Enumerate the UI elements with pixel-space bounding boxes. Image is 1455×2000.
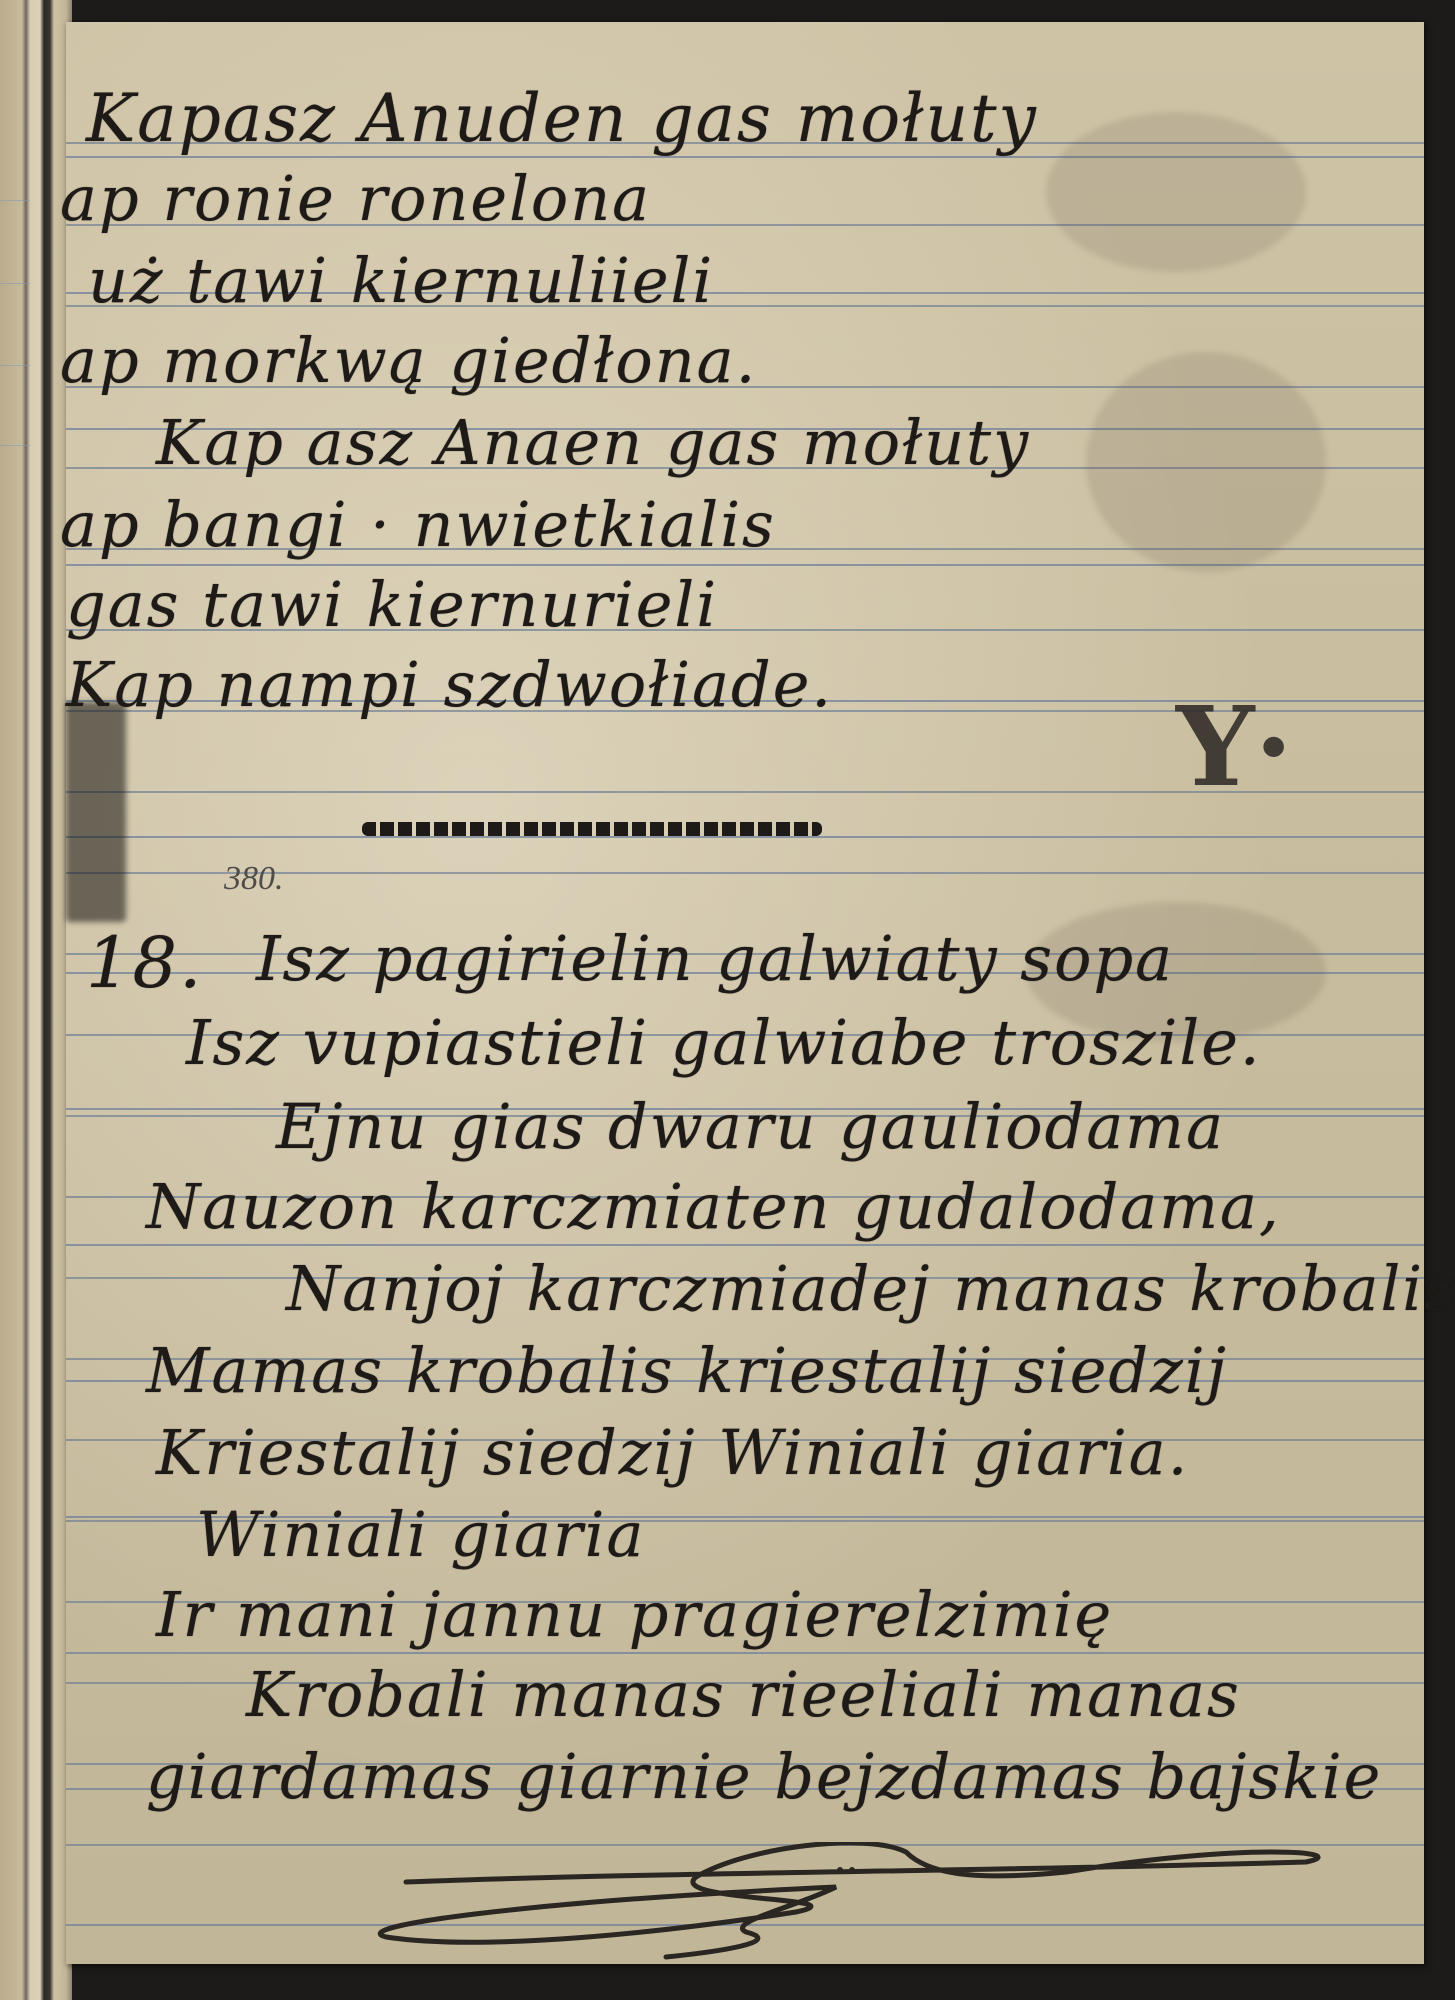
- text-line: Kap nampi szdwołiade.: [66, 648, 833, 721]
- manuscript-page: Kapasz Anuden gas mołuty ap ronie ronelo…: [66, 22, 1424, 1964]
- text-line: Winiali giaria: [196, 1498, 645, 1571]
- ink-margin-mark: Y·: [1176, 682, 1293, 811]
- text-line: Mamas krobalis kriestalij siedzij: [146, 1334, 1228, 1407]
- song-number: 18.: [86, 922, 203, 1004]
- text-line: Ejnu gias dwaru gauliodama: [276, 1090, 1225, 1163]
- text-line: ap morkwą giedłona.: [60, 324, 757, 397]
- book-binding: [0, 0, 72, 2000]
- torn-corner: [66, 702, 126, 922]
- text-line: uż tawi kiernuliieli: [88, 244, 714, 317]
- text-line: ap ronie ronelona: [60, 162, 651, 235]
- text-line: gas tawi kiernurieli: [66, 568, 718, 641]
- binding-rule: [0, 365, 30, 366]
- page-number: 380.: [224, 860, 284, 898]
- text-line: Nanjoj karczmiadej manas krobalis: [286, 1252, 1455, 1325]
- text-line: Isz vupiastieli galwiabe troszile.: [186, 1006, 1262, 1079]
- text-line: giardamas giarnie bejzdamas bajskie: [146, 1740, 1382, 1813]
- text-line: Kriestalij siedzij Winiali giaria.: [156, 1416, 1189, 1489]
- signature-flourish-icon: [366, 1842, 1326, 1962]
- bleed-through-stain: [1086, 352, 1326, 572]
- text-line: Krobali manas rieeliali manas: [246, 1658, 1241, 1731]
- bleed-through-stain: [1046, 112, 1306, 272]
- text-line: Kap asz Anaen gas mołuty: [156, 406, 1030, 479]
- text-line: Nauzon karczmiaten gudalodama,: [146, 1170, 1281, 1243]
- text-line: Ir mani jannu pragierelzimię: [156, 1578, 1113, 1651]
- text-line: Isz pagirielin galwiaty sopa: [256, 922, 1174, 995]
- text-line: Kapasz Anuden gas mołuty: [86, 80, 1038, 157]
- binding-rule: [0, 445, 30, 446]
- binding-rule: [0, 200, 30, 201]
- binding-rule: [0, 283, 30, 284]
- section-separator: [362, 822, 822, 836]
- text-line: ap bangi · nwietkialis: [60, 488, 776, 561]
